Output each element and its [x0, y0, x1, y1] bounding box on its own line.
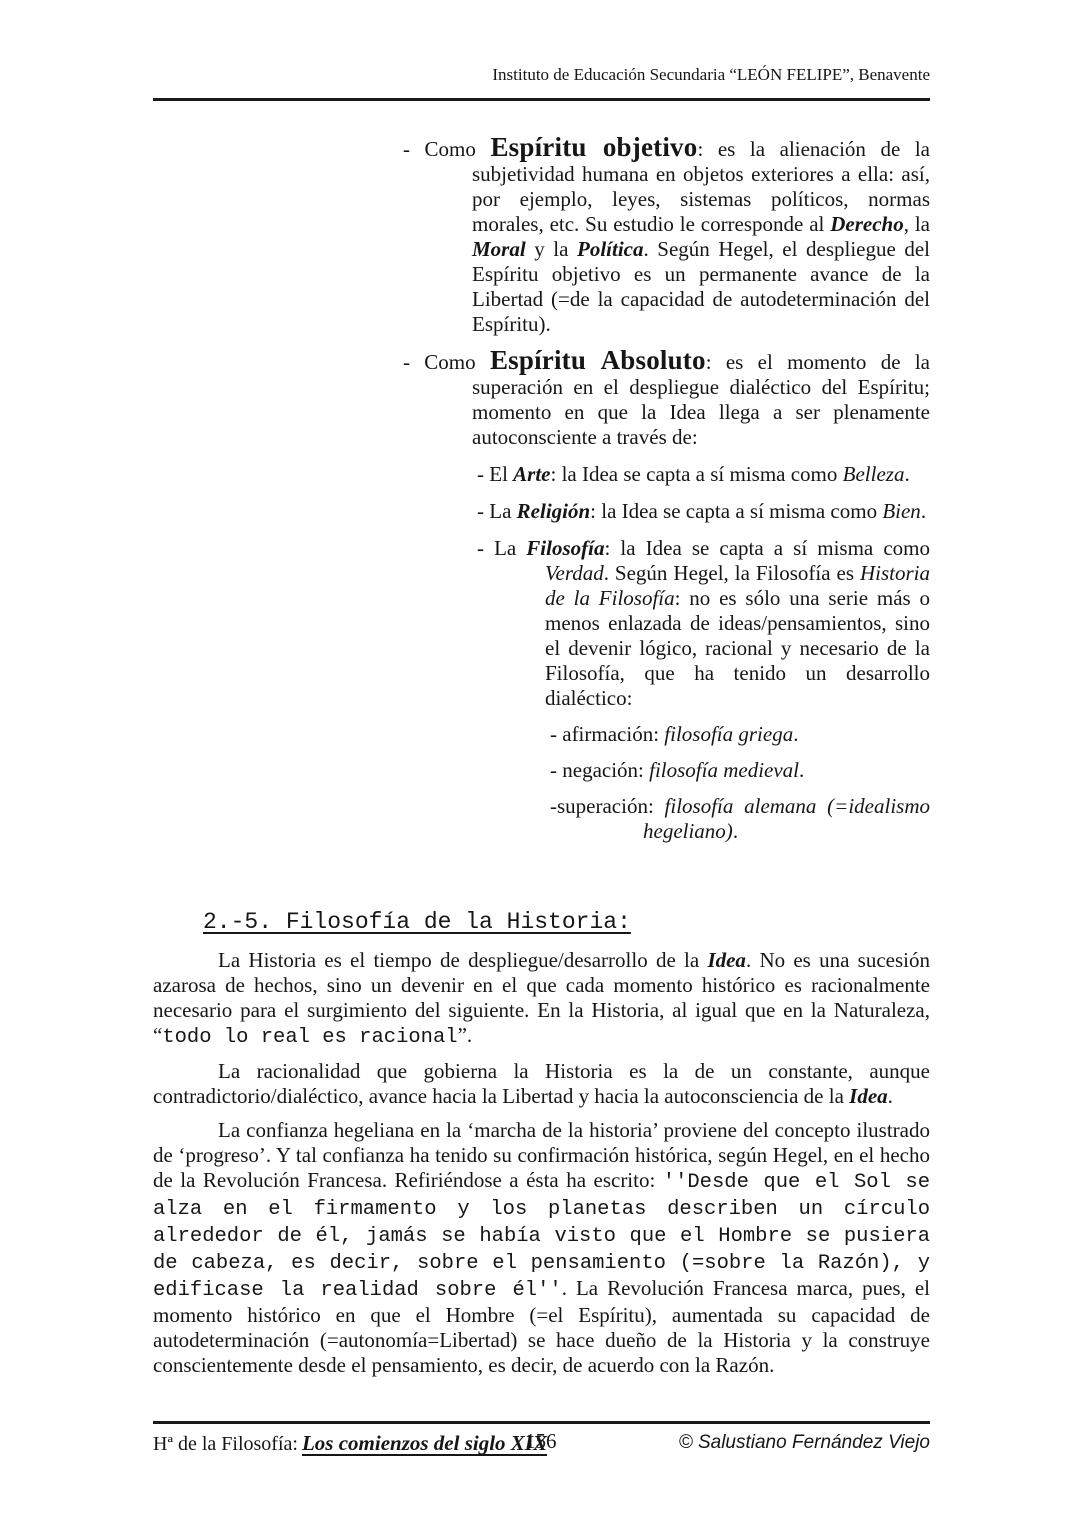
page-content: Instituto de Educación Secundaria “LEÓN … [153, 64, 930, 1378]
subsubbullet-superacion: -superación: filosofía alemana (=idealis… [153, 794, 930, 844]
subsubbullet-negacion: - negación: filosofía medieval. [153, 758, 930, 783]
subbullet-religion: - La Religión: la Idea se capta a sí mis… [153, 499, 930, 524]
footer-unit-title: Los comienzos del siglo XIX [302, 1431, 547, 1455]
subbullet-filosofia: - La Filosofía: la Idea se capta a sí mi… [153, 536, 930, 711]
subsubbullet-afirmacion: - afirmación: filosofía griega. [153, 722, 930, 747]
footer-rule [153, 1421, 930, 1424]
bullet-espiritu-objetivo: - Como Espíritu objetivo: es la alienaci… [153, 135, 930, 337]
footer-row: Hª de la Filosofía:Los comienzos del sig… [153, 1431, 930, 1461]
header-institute-text: Instituto de Educación Secundaria “LEÓN … [153, 64, 930, 86]
bullet-espiritu-absoluto: - Como Espíritu Absoluto: es el momento … [153, 348, 930, 450]
footer-page-number: 156 [525, 1429, 557, 1454]
paragraph-racionalidad-historia: La racionalidad que gobierna la Historia… [153, 1059, 930, 1109]
page-footer: Hª de la Filosofía:Los comienzos del sig… [153, 1421, 930, 1461]
footer-course-title: Hª de la Filosofía: [153, 1433, 298, 1455]
header-rule [153, 98, 930, 101]
footer-course-and-unit: Hª de la Filosofía:Los comienzos del sig… [153, 1431, 547, 1456]
subbullet-arte: - El Arte: la Idea se capta a sí misma c… [153, 462, 930, 487]
section-heading-filosofia-de-la-historia: 2.-5. Filosofía de la Historia: [203, 908, 930, 936]
paragraph-confianza-hegeliana: La confianza hegeliana en la ‘marcha de … [153, 1118, 930, 1378]
footer-copyright: © Salustiano Fernández Viejo [679, 1432, 930, 1454]
document-page: Instituto de Educación Secundaria “LEÓN … [0, 0, 1080, 1528]
paragraph-historia-despliegue-idea: La Historia es el tiempo de despliegue/d… [153, 948, 930, 1050]
